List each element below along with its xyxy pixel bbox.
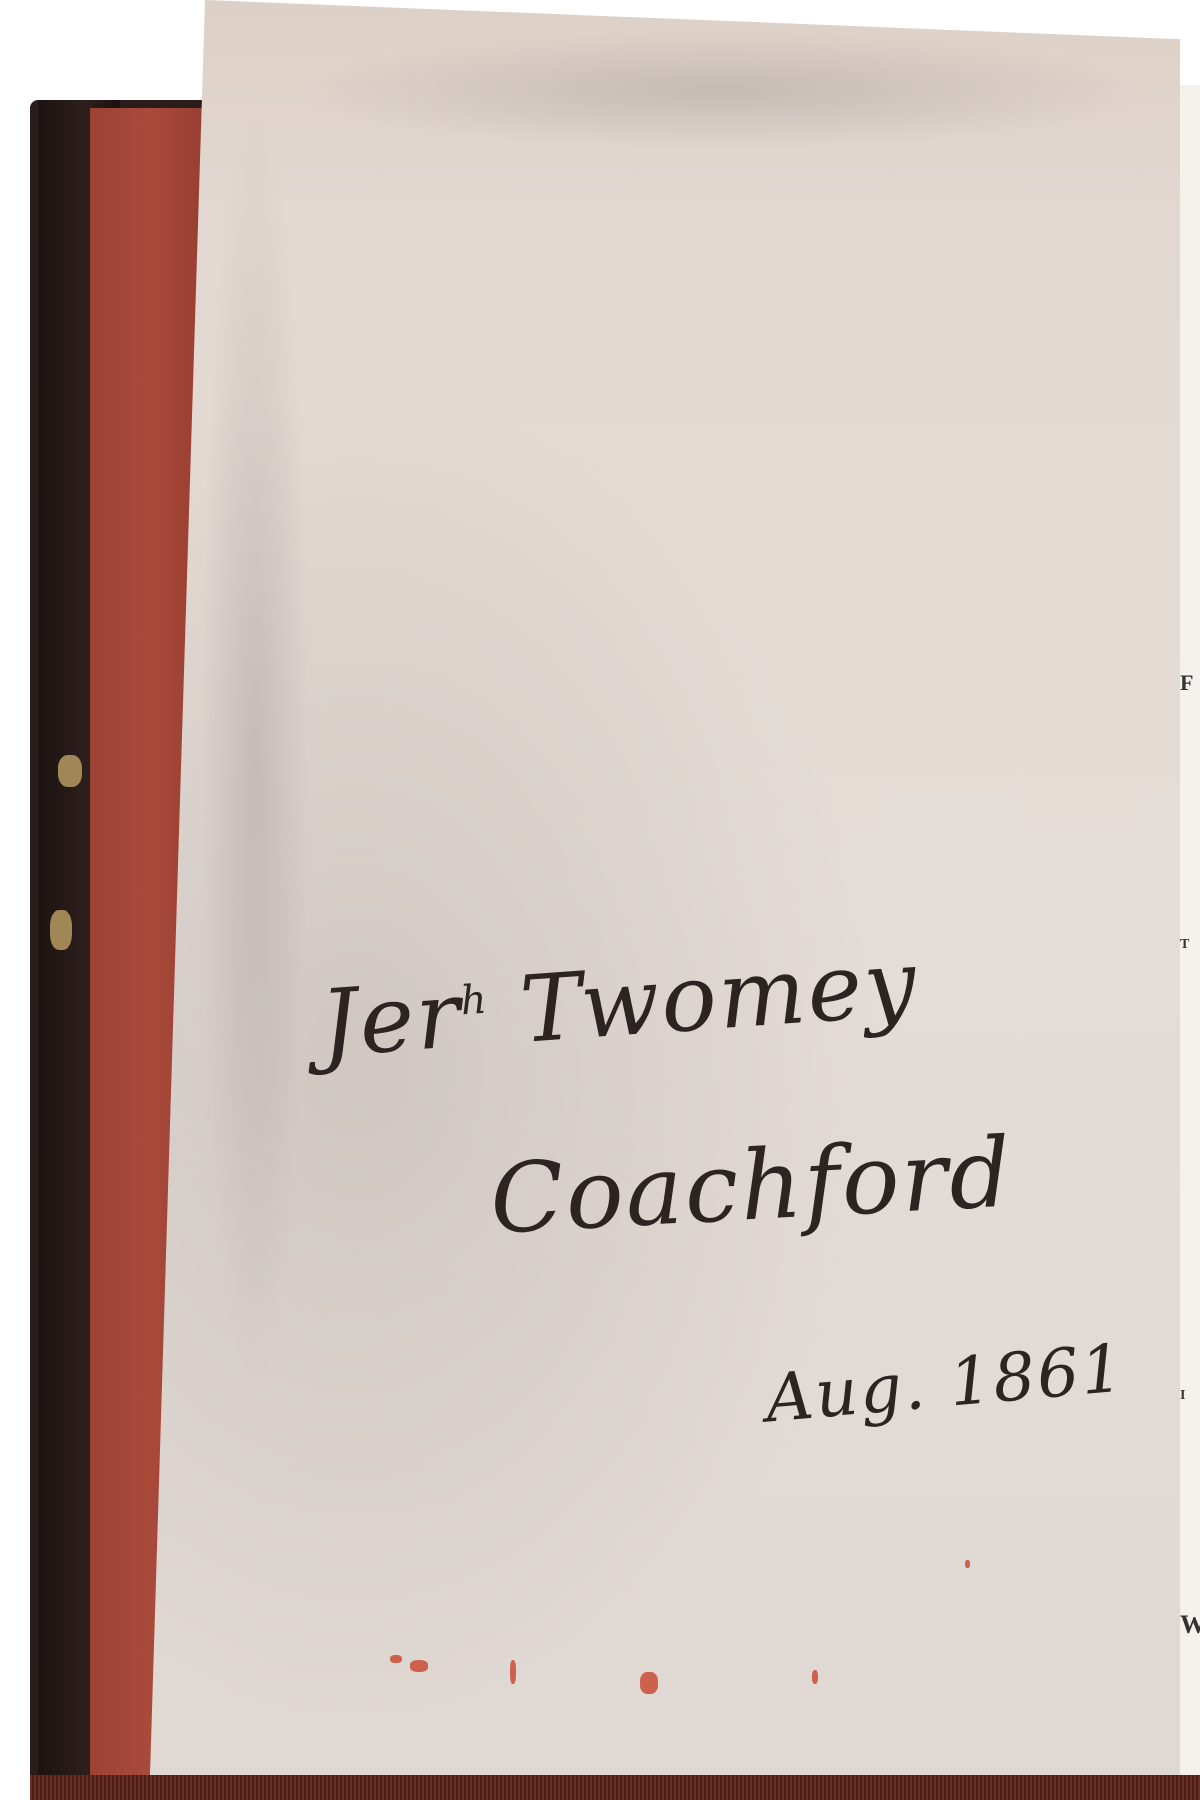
red-speckle: [390, 1655, 402, 1663]
foxing-top: [290, 30, 1150, 150]
facing-page-letter: W: [1180, 1610, 1200, 1640]
gold-tooling-mark: [50, 910, 72, 950]
facing-page-letter: T: [1180, 937, 1189, 953]
foxing-left: [200, 100, 310, 1400]
red-speckle: [812, 1670, 818, 1684]
gold-tooling-mark: [58, 755, 82, 787]
red-speckle: [965, 1560, 970, 1568]
cloth-bottom-edge: [30, 1775, 1200, 1800]
inscription-superscript: h: [459, 977, 490, 1025]
red-speckle: [640, 1672, 658, 1694]
red-speckle: [410, 1660, 428, 1672]
facing-page-letter: F: [1180, 670, 1193, 696]
red-speckle: [510, 1660, 516, 1684]
facing-page-letter: I: [1180, 1388, 1185, 1404]
inscription-first-name: Jer: [317, 961, 465, 1078]
